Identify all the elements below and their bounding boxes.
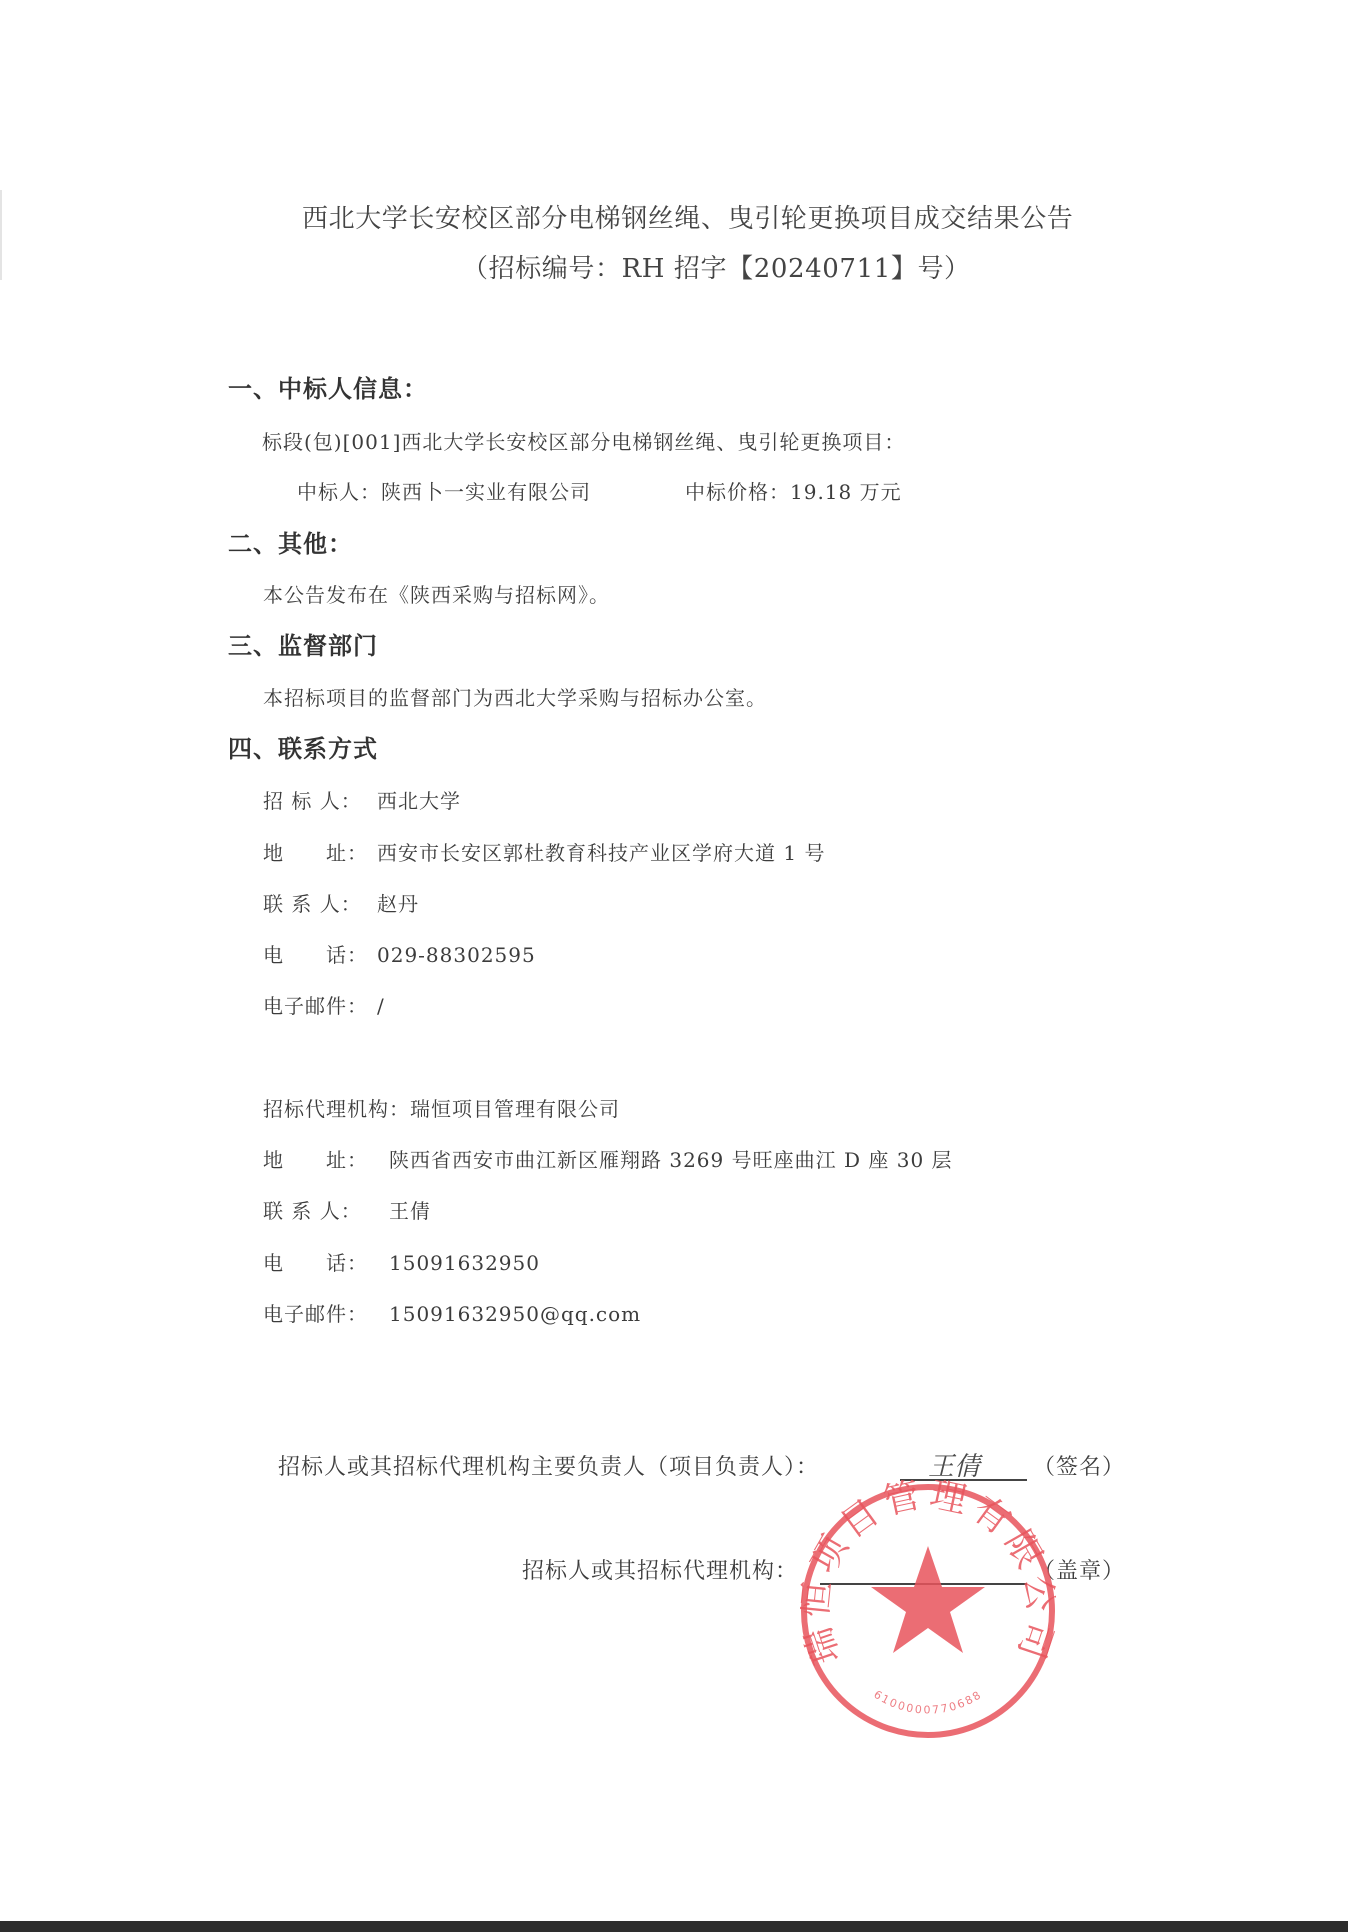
agency-row: 电 话：15091632950 xyxy=(263,1253,540,1273)
publish-note: 本公告发布在《陕西采购与招标网》。 xyxy=(263,585,610,605)
document-subtitle: （招标编号：RH 招字【20240711】号） xyxy=(462,256,971,282)
winner-line: 中标人：陕西卜一实业有限公司 xyxy=(297,482,591,502)
lot-line: 标段(包)[001]西北大学长安校区部分电梯钢丝绳、曳引轮更换项目： xyxy=(262,432,905,452)
section-heading-contact: 四、联系方式 xyxy=(228,737,378,761)
row-label: 电 话： xyxy=(263,945,377,965)
row-value: 瑞恒项目管理有限公司 xyxy=(410,1097,620,1121)
supervision-note: 本招标项目的监督部门为西北大学采购与招标办公室。 xyxy=(263,688,767,708)
svg-text:瑞恒项目管理有限公司: 瑞恒项目管理有限公司 xyxy=(800,1480,1056,1669)
viewer-bottom-bar xyxy=(0,1921,1348,1932)
section-heading-other: 二、其他： xyxy=(228,532,353,556)
agency-row: 电子邮件：15091632950@qq.com xyxy=(263,1304,641,1324)
price-line: 中标价格：19.18 万元 xyxy=(685,482,902,502)
row-label: 电子邮件： xyxy=(263,1304,389,1324)
row-label: 地 址： xyxy=(263,1150,389,1170)
agency-row: 招标代理机构：瑞恒项目管理有限公司 xyxy=(263,1099,620,1119)
tenderer-row: 电 话：029-88302595 xyxy=(263,945,536,965)
row-value: / xyxy=(377,994,385,1018)
agency-row: 联 系 人：王倩 xyxy=(263,1201,431,1221)
tenderer-row: 电子邮件：/ xyxy=(263,996,385,1016)
company-seal-stamp: 瑞恒项目管理有限公司 6100000770688 xyxy=(800,1480,1056,1742)
row-value: 西安市长安区郭杜教育科技产业区学府大道 1 号 xyxy=(377,841,825,865)
svg-text:6100000770688: 6100000770688 xyxy=(871,1688,984,1717)
row-value: 15091632950 xyxy=(389,1251,540,1275)
agency-row: 地 址：陕西省西安市曲江新区雁翔路 3269 号旺座曲江 D 座 30 层 xyxy=(263,1150,953,1170)
row-label: 招 标 人： xyxy=(263,791,377,811)
row-label: 招标代理机构： xyxy=(263,1097,410,1121)
row-label: 电 话： xyxy=(263,1253,389,1273)
scan-edge xyxy=(0,190,2,280)
tenderer-row: 地 址：西安市长安区郭杜教育科技产业区学府大道 1 号 xyxy=(263,843,825,863)
winner-label: 中标人： xyxy=(297,480,381,504)
row-value: 15091632950@qq.com xyxy=(389,1302,641,1326)
signature-line xyxy=(900,1479,1027,1481)
row-label: 电子邮件： xyxy=(263,996,377,1016)
row-value: 陕西省西安市曲江新区雁翔路 3269 号旺座曲江 D 座 30 层 xyxy=(389,1148,953,1172)
row-value: 王倩 xyxy=(389,1199,431,1223)
star-icon xyxy=(871,1546,985,1653)
seal-label: 招标人或其招标代理机构： xyxy=(522,1561,798,1583)
sign-suffix: （签名） xyxy=(1033,1457,1125,1479)
price-label: 中标价格： xyxy=(685,480,790,504)
row-value: 西北大学 xyxy=(377,789,461,813)
seal-line xyxy=(820,1583,1027,1585)
section-heading-supervision: 三、监督部门 xyxy=(228,634,378,658)
row-label: 联 系 人： xyxy=(263,1201,389,1221)
sign-label: 招标人或其招标代理机构主要负责人（项目负责人）： xyxy=(278,1457,819,1479)
seal-suffix: （盖章） xyxy=(1033,1561,1125,1583)
row-label: 联 系 人： xyxy=(263,894,377,914)
row-value: 029-88302595 xyxy=(377,943,536,967)
row-value: 赵丹 xyxy=(377,892,419,916)
row-label: 地 址： xyxy=(263,843,377,863)
tenderer-row: 联 系 人：赵丹 xyxy=(263,894,419,914)
handwritten-signature: 王倩 xyxy=(928,1446,980,1483)
section-heading-winner: 一、中标人信息： xyxy=(228,377,428,401)
price-value: 19.18 万元 xyxy=(790,480,902,504)
tenderer-row: 招 标 人：西北大学 xyxy=(263,791,461,811)
document-title: 西北大学长安校区部分电梯钢丝绳、曳引轮更换项目成交结果公告 xyxy=(302,206,1073,232)
winner-value: 陕西卜一实业有限公司 xyxy=(381,480,591,504)
